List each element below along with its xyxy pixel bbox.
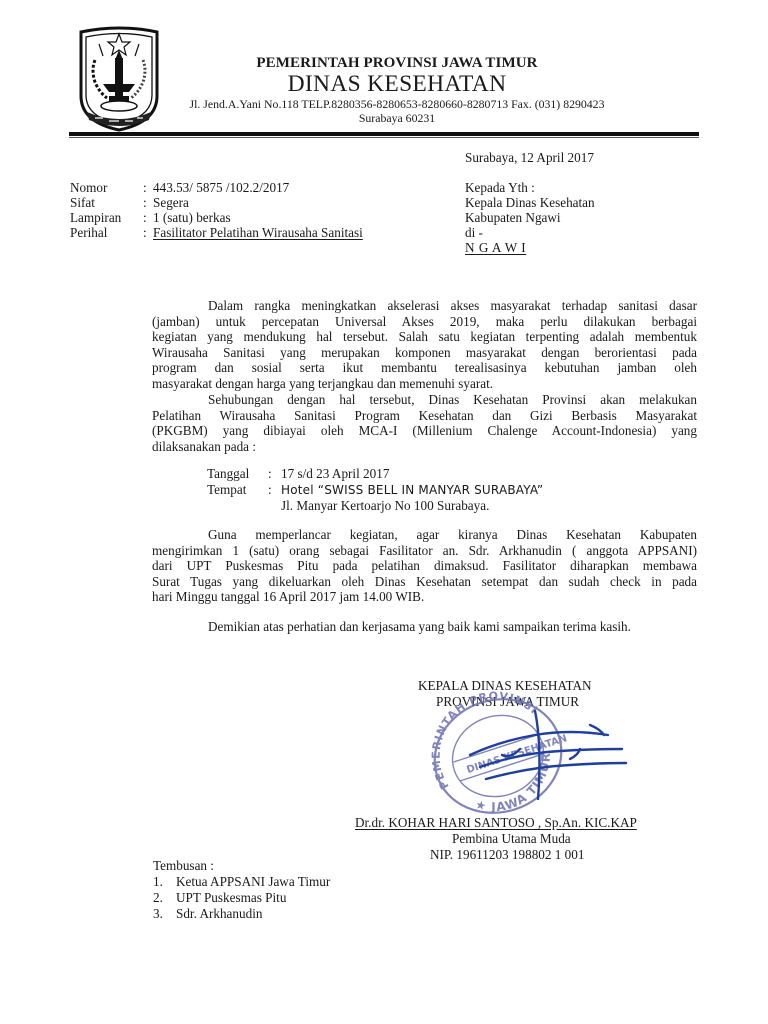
meta-label-lampiran: Lampiran <box>70 210 121 226</box>
letterhead-agency-name: DINAS KESEHATAN <box>0 71 768 97</box>
meta-value-nomor: 443.53/ 5875 /102.2/2017 <box>153 180 289 196</box>
meta-label-nomor: Nomor <box>70 180 107 196</box>
event-sep: : <box>268 466 272 482</box>
cc-item: Ketua APPSANI Jawa Timur <box>176 874 330 890</box>
body-paragraph-3: Guna memperlancar kegiatan, agar kiranya… <box>152 527 697 605</box>
handwritten-signature-icon <box>440 705 630 800</box>
signatory-rank: Pembina Utama Muda <box>452 831 571 847</box>
paragraph-line: Wirausaha Sanitasi yang merupakan kompon… <box>152 345 697 361</box>
paragraph-line: Dalam rangka meningkatkan akselerasi aks… <box>152 298 697 314</box>
meta-value-perihal: Fasilitator Pelatihan Wirausaha Sanitasi <box>153 225 363 241</box>
meta-label-sifat: Sifat <box>70 195 95 211</box>
cc-item-number: 1. <box>153 874 163 890</box>
signatory-nip: NIP. 19611203 198802 1 001 <box>430 847 584 863</box>
event-place-value: Hotel “SWISS BELL IN MANYAR SURABAYA” <box>281 482 543 498</box>
recipient-city: N G A W I <box>465 240 526 256</box>
event-sep: : <box>268 482 272 498</box>
paragraph-line: kegiatan yang mendukung hal tersebut. Sa… <box>152 329 697 345</box>
letterhead-address: Jl. Jend.A.Yani No.118 TELP.8280356-8280… <box>0 97 768 112</box>
letterhead-government-name: PEMERINTAH PROVINSI JAWA TIMUR <box>0 55 768 72</box>
body-paragraph-2: Sehubungan dengan hal tersebut, Dinas Ke… <box>152 392 697 454</box>
paragraph-line: Surat Tugas yang dikeluarkan oleh Dinas … <box>152 574 697 590</box>
cc-item-number: 3. <box>153 906 163 922</box>
meta-value-sifat: Segera <box>153 195 189 211</box>
event-place-address: Jl. Manyar Kertoarjo No 100 Surabaya. <box>281 498 489 514</box>
meta-sep: : <box>143 225 147 241</box>
meta-value-lampiran: 1 (satu) berkas <box>153 210 231 226</box>
event-date-value: 17 s/d 23 April 2017 <box>281 466 389 482</box>
closing-sentence: Demikian atas perhatian dan kerjasama ya… <box>208 619 631 635</box>
recipient-title: Kepala Dinas Kesehatan <box>465 195 595 211</box>
paragraph-line: (PKGBM) yang dibiayai oleh MCA-I (Millen… <box>152 423 697 439</box>
cc-item: UPT Puskesmas Pitu <box>176 890 286 906</box>
letterhead-city: Surabaya 60231 <box>0 111 768 126</box>
paragraph-line: Pelatihan Wirausaha Sanitasi Program Kes… <box>152 408 697 424</box>
recipient-region: Kabupaten Ngawi <box>465 210 561 226</box>
signatory-name: Dr.dr. KOHAR HARI SANTOSO , Sp.An. KIC.K… <box>355 815 637 831</box>
paragraph-line: program dan sosial serta ikut membantu t… <box>152 360 697 376</box>
letterhead-divider <box>69 132 699 136</box>
paragraph-line: hari Minggu tanggal 16 April 2017 jam 14… <box>152 589 697 605</box>
body-paragraph-1: Dalam rangka meningkatkan akselerasi aks… <box>152 298 697 392</box>
paragraph-line: Guna memperlancar kegiatan, agar kiranya… <box>152 527 697 543</box>
meta-sep: : <box>143 195 147 211</box>
cc-heading: Tembusan : <box>153 858 214 874</box>
recipient-di: di - <box>465 225 483 241</box>
event-place-label: Tempat <box>207 482 246 498</box>
cc-item-number: 2. <box>153 890 163 906</box>
recipient-salutation: Kepada Yth : <box>465 180 535 196</box>
paragraph-line: dari UPT Puskesmas Pitu pada pelatihan d… <box>152 558 697 574</box>
paragraph-line: masyarakat dengan harga yang terjangkau … <box>152 376 697 392</box>
cc-item: Sdr. Arkhanudin <box>176 906 262 922</box>
paragraph-line: mengirimkan 1 (satu) orang sebagai Fasil… <box>152 543 697 559</box>
meta-label-perihal: Perihal <box>70 225 107 241</box>
letterhead-divider-thin <box>69 137 699 138</box>
meta-sep: : <box>143 180 147 196</box>
meta-sep: : <box>143 210 147 226</box>
paragraph-line: dilaksanakan pada : <box>152 439 697 455</box>
paragraph-line: (jamban) untuk percepatan Universal Akse… <box>152 314 697 330</box>
event-date-label: Tanggal <box>207 466 249 482</box>
letter-date: Surabaya, 12 April 2017 <box>465 150 594 166</box>
paragraph-line: Sehubungan dengan hal tersebut, Dinas Ke… <box>152 392 697 408</box>
